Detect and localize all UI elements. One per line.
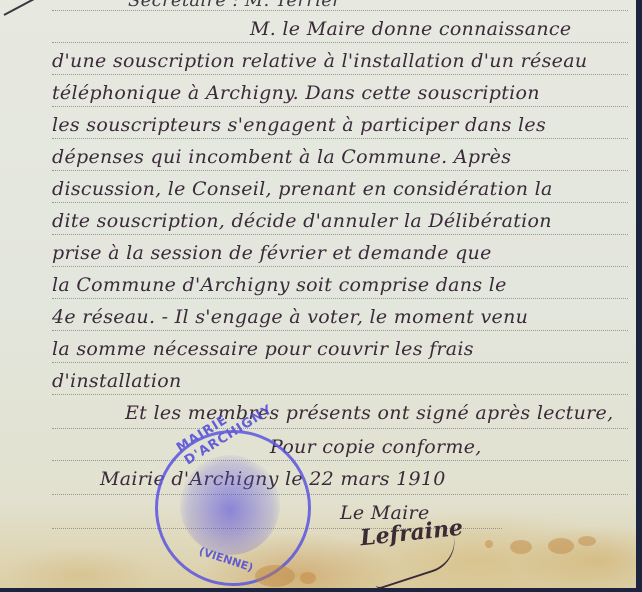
text-line-9: la Commune d'Archigny soit comprise dans… bbox=[52, 274, 507, 296]
text-line-5: dépenses qui incombent à la Commune. Apr… bbox=[52, 146, 511, 168]
ruled-line bbox=[52, 330, 628, 331]
text-line-4: les souscripteurs s'engagent à participe… bbox=[52, 114, 546, 136]
ruled-line bbox=[52, 494, 628, 495]
stain bbox=[255, 565, 295, 587]
ruled-line bbox=[52, 42, 628, 43]
margin-pen-stroke bbox=[4, 0, 54, 16]
mairie-stamp: MAIRIE D'ARCHIGNY (VIENNE) bbox=[155, 430, 311, 586]
text-line-8: prise à la session de février et demande… bbox=[52, 242, 492, 264]
text-line-7: dite souscription, décide d'annuler la D… bbox=[52, 210, 552, 232]
text-line-1: M. le Maire donne connaissance bbox=[250, 18, 571, 40]
closing-line-signed: Et les membres présents ont signé après … bbox=[125, 402, 613, 424]
ruled-line bbox=[52, 138, 628, 139]
ruled-line bbox=[52, 106, 628, 107]
text-line-10: 4e réseau. - Il s'engage à voter, le mom… bbox=[52, 306, 528, 328]
ruled-line bbox=[52, 170, 628, 171]
stain bbox=[510, 540, 532, 554]
stamp-emblem-icon bbox=[180, 455, 280, 555]
document-page: Secrétaire : M. Terrier M. le Maire donn… bbox=[0, 0, 636, 588]
ruled-line bbox=[52, 266, 628, 267]
ruled-line bbox=[52, 234, 628, 235]
ruled-line bbox=[52, 394, 628, 395]
ruled-line bbox=[52, 362, 628, 363]
ruled-line bbox=[52, 460, 628, 461]
text-line-12: d'installation bbox=[52, 370, 181, 392]
stain bbox=[300, 572, 316, 584]
text-line-11: la somme nécessaire pour couvrir les fra… bbox=[52, 338, 474, 360]
ruled-line bbox=[52, 428, 628, 429]
ruled-line bbox=[52, 298, 628, 299]
secretary-line: Secrétaire : M. Terrier bbox=[128, 0, 341, 11]
ruled-line bbox=[52, 74, 628, 75]
text-line-2: d'une souscription relative à l'installa… bbox=[52, 50, 587, 72]
text-line-3: téléphonique à Archigny. Dans cette sous… bbox=[52, 82, 540, 104]
text-line-6: discussion, le Conseil, prenant en consi… bbox=[52, 178, 553, 200]
ruled-line bbox=[52, 202, 628, 203]
stain bbox=[485, 540, 493, 548]
stain bbox=[548, 538, 574, 554]
closing-line-copy: Pour copie conforme, bbox=[270, 436, 482, 458]
stain bbox=[578, 536, 596, 546]
